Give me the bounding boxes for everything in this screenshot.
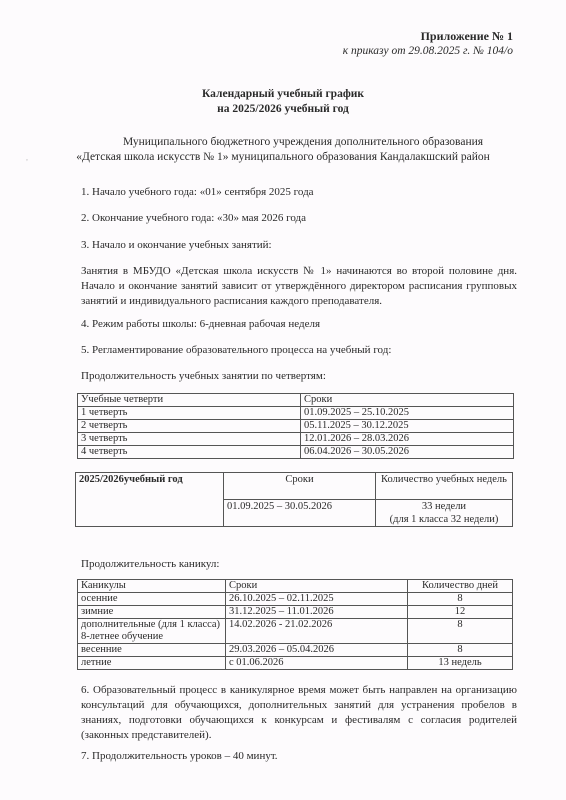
quarter-period: 05.11.2025 – 30.12.2025: [301, 420, 514, 433]
table-row: 4 четверть 06.04.2026 – 30.05.2026: [78, 446, 514, 459]
item-3-text: Занятия в МБУДО «Детская школа искусств …: [81, 264, 517, 309]
header-cell: Сроки: [226, 580, 408, 593]
holiday-days: 8: [408, 593, 513, 606]
holiday-period: с 01.06.2026: [226, 657, 408, 670]
holiday-days: 13 недель: [408, 657, 513, 670]
header-cell: Сроки: [224, 473, 376, 500]
weeks-count: 33 недели (для 1 класса 32 недели): [376, 500, 513, 527]
holidays-caption: Продолжительность каникул:: [81, 557, 517, 572]
order-reference: к приказу от 29.08.2025 г. № 104/о: [343, 45, 513, 57]
quarter-name: 3 четверть: [78, 433, 301, 446]
institution-line-2: «Детская школа искусств № 1» муниципальн…: [0, 151, 566, 163]
quarter-name: 1 четверть: [78, 407, 301, 420]
appendix-label: Приложение № 1: [421, 29, 513, 44]
item-2: 2. Окончание учебного года: «30» мая 202…: [81, 211, 517, 226]
header-cell: Каникулы: [78, 580, 226, 593]
quarter-period: 01.09.2025 – 25.10.2025: [301, 407, 514, 420]
table-row: весенние 29.03.2026 – 05.04.2026 8: [78, 644, 513, 657]
document-title: Календарный учебный график: [0, 88, 566, 100]
weeks-count-main: 33 недели: [379, 500, 509, 513]
quarter-period: 06.04.2026 – 30.05.2026: [301, 446, 514, 459]
quarter-name: 4 четверть: [78, 446, 301, 459]
academic-year-table: 2025/2026учебный год Сроки Количество уч…: [75, 472, 513, 527]
holiday-name: весенние: [78, 644, 226, 657]
table-row: 3 четверть 12.01.2026 – 28.03.2026: [78, 433, 514, 446]
quarters-caption: Продолжительность учебных занятии по чет…: [81, 369, 517, 384]
header-cell: Учебные четверти: [78, 394, 301, 407]
item-6: 6. Образовательный процесс в каникулярно…: [81, 683, 517, 743]
weeks-count-note: (для 1 класса 32 недели): [379, 513, 509, 526]
holiday-days: 12: [408, 606, 513, 619]
table-row: летние с 01.06.2026 13 недель: [78, 657, 513, 670]
holiday-name: летние: [78, 657, 226, 670]
quarter-name: 2 четверть: [78, 420, 301, 433]
table-row: осенние 26.10.2025 – 02.11.2025 8: [78, 593, 513, 606]
table-row: 2 четверть 05.11.2025 – 30.12.2025: [78, 420, 514, 433]
document-subtitle: на 2025/2026 учебный год: [0, 103, 566, 115]
table-row: дополнительные (для 1 класса) 8-летнее о…: [78, 619, 513, 644]
holiday-days: 8: [408, 644, 513, 657]
institution-line-1: Муниципального бюджетного учреждения доп…: [0, 136, 566, 148]
year-period: 01.09.2025 – 30.05.2026: [224, 500, 376, 527]
holiday-days: 8: [408, 619, 513, 644]
holiday-period: 31.12.2025 – 11.01.2026: [226, 606, 408, 619]
item-5: 5. Регламентирование образовательного пр…: [81, 343, 517, 358]
holiday-name: осенние: [78, 593, 226, 606]
header-cell: Сроки: [301, 394, 514, 407]
item-3: 3. Начало и окончание учебных занятий:: [81, 238, 517, 253]
table-header-row: Каникулы Сроки Количество дней: [78, 580, 513, 593]
scan-speck: ,: [26, 153, 28, 162]
quarters-table: Учебные четверти Сроки 1 четверть 01.09.…: [77, 393, 514, 459]
item-4: 4. Режим работы школы: 6-дневная рабочая…: [81, 317, 517, 332]
holiday-name: зимние: [78, 606, 226, 619]
holidays-table: Каникулы Сроки Количество дней осенние 2…: [77, 579, 513, 670]
table-row: зимние 31.12.2025 – 11.01.2026 12: [78, 606, 513, 619]
year-label: 2025/2026учебный год: [76, 473, 224, 527]
item-7: 7. Продолжительность уроков – 40 минут.: [81, 749, 517, 764]
holiday-period: 14.02.2026 - 21.02.2026: [226, 619, 408, 644]
header-cell: Количество учебных недель: [376, 473, 513, 500]
holiday-name: дополнительные (для 1 класса) 8-летнее о…: [78, 619, 226, 644]
quarter-period: 12.01.2026 – 28.03.2026: [301, 433, 514, 446]
holiday-period: 29.03.2026 – 05.04.2026: [226, 644, 408, 657]
item-1: 1. Начало учебного года: «01» сентября 2…: [81, 185, 517, 200]
table-row: 1 четверть 01.09.2025 – 25.10.2025: [78, 407, 514, 420]
holiday-period: 26.10.2025 – 02.11.2025: [226, 593, 408, 606]
table-row: 2025/2026учебный год Сроки Количество уч…: [76, 473, 513, 500]
table-header-row: Учебные четверти Сроки: [78, 394, 514, 407]
header-cell: Количество дней: [408, 580, 513, 593]
